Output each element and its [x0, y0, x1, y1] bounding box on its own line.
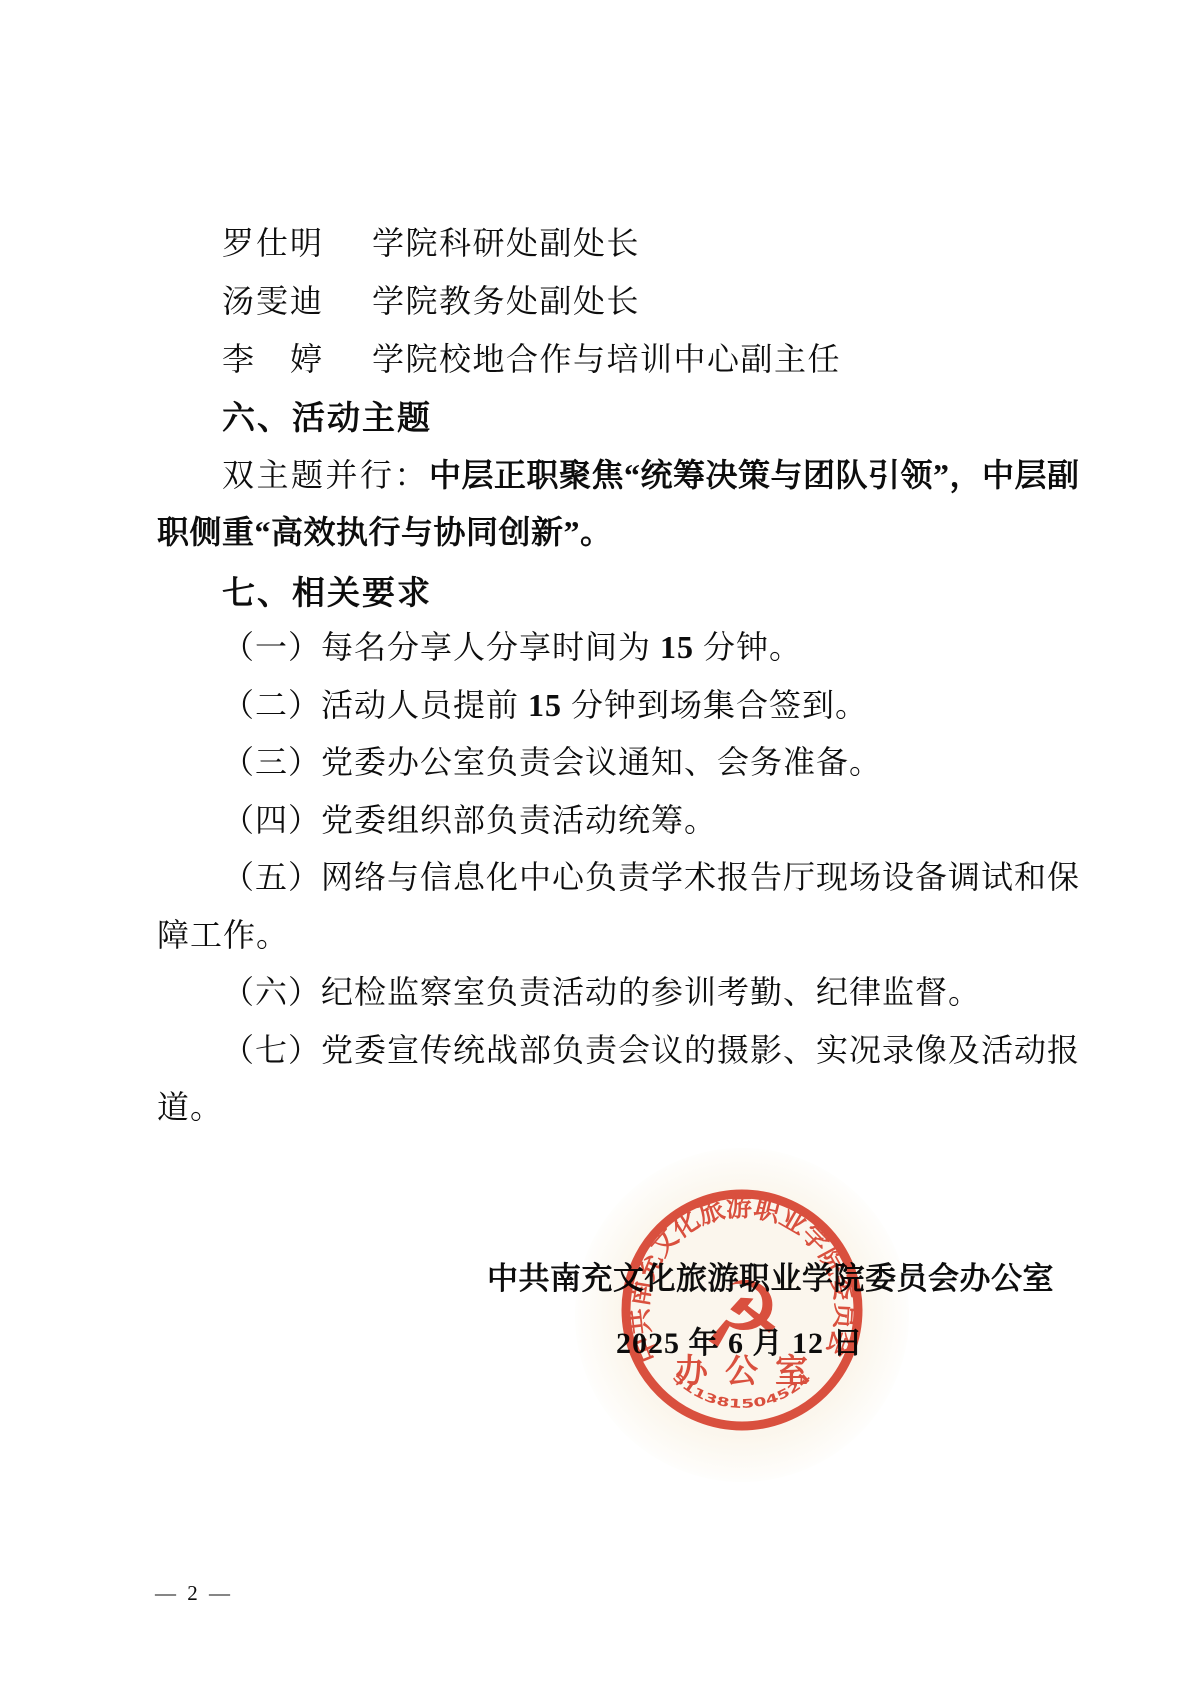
attendee-row: 汤雯迪 学院教务处副处长: [222, 280, 640, 322]
attendee-title: 学院教务处副处长: [372, 283, 640, 319]
requirement-item-7-line1: （七）党委宣传统战部负责会议的摄影、实况录像及活动报: [222, 1029, 1080, 1071]
document-page: 罗仕明 学院科研处副处长 汤雯迪 学院教务处副处长 李 婷 学院校地合作与培训中…: [0, 0, 1191, 1684]
attendee-title: 学院校地合作与培训中心副主任: [372, 341, 841, 377]
section-heading-theme: 六、活动主题: [222, 397, 432, 439]
item-text: 分钟到场集合签到。: [562, 687, 868, 723]
attendee-row: 罗仕明 学院科研处副处长: [222, 222, 640, 264]
attendee-row: 李 婷 学院校地合作与培训中心副主任: [222, 338, 841, 380]
item-number: 15: [528, 687, 562, 723]
party-emblem-icon: ☭: [701, 1262, 783, 1369]
theme-intro: 双主题并行：: [222, 457, 429, 493]
theme-emphasis: 中层正职聚焦“统筹决策与团队引领”，中层副: [429, 457, 1080, 493]
attendee-title: 学院科研处副处长: [372, 225, 640, 261]
item-text: （二）活动人员提前: [222, 687, 528, 723]
theme-paragraph-line2: 职侧重“高效执行与协同创新”。: [157, 511, 613, 553]
item-text: 分钟。: [694, 629, 802, 665]
requirement-item-2: （二）活动人员提前 15 分钟到场集合签到。: [222, 684, 868, 726]
official-seal: 中共南充文化旅游职业学院委员会 ☭ 办公室 5113815045243: [617, 1185, 867, 1435]
page-number: — 2 —: [155, 1580, 233, 1606]
theme-emphasis: 职侧重“高效执行与协同创新”。: [157, 514, 613, 550]
requirement-item-5-line2: 障工作。: [157, 914, 289, 956]
theme-paragraph-line1: 双主题并行：中层正职聚焦“统筹决策与团队引领”，中层副: [222, 454, 1080, 496]
item-text: （一）每名分享人分享时间为: [222, 629, 660, 665]
requirement-item-7-line2: 道。: [157, 1086, 223, 1128]
item-number: 15: [660, 629, 694, 665]
section-heading-requirements: 七、相关要求: [222, 572, 432, 614]
requirement-item-5-line1: （五）网络与信息化中心负责学术报告厅现场设备调试和保: [222, 856, 1080, 898]
attendee-name: 李 婷: [222, 338, 363, 380]
requirement-item-3: （三）党委办公室负责会议通知、会务准备。: [222, 741, 882, 783]
requirement-item-4: （四）党委组织部负责活动统筹。: [222, 799, 717, 841]
requirement-item-1: （一）每名分享人分享时间为 15 分钟。: [222, 626, 802, 668]
attendee-name: 罗仕明: [222, 222, 363, 264]
requirement-item-6: （六）纪检监察室负责活动的参训考勤、纪律监督。: [222, 971, 981, 1013]
attendee-name: 汤雯迪: [222, 280, 363, 322]
